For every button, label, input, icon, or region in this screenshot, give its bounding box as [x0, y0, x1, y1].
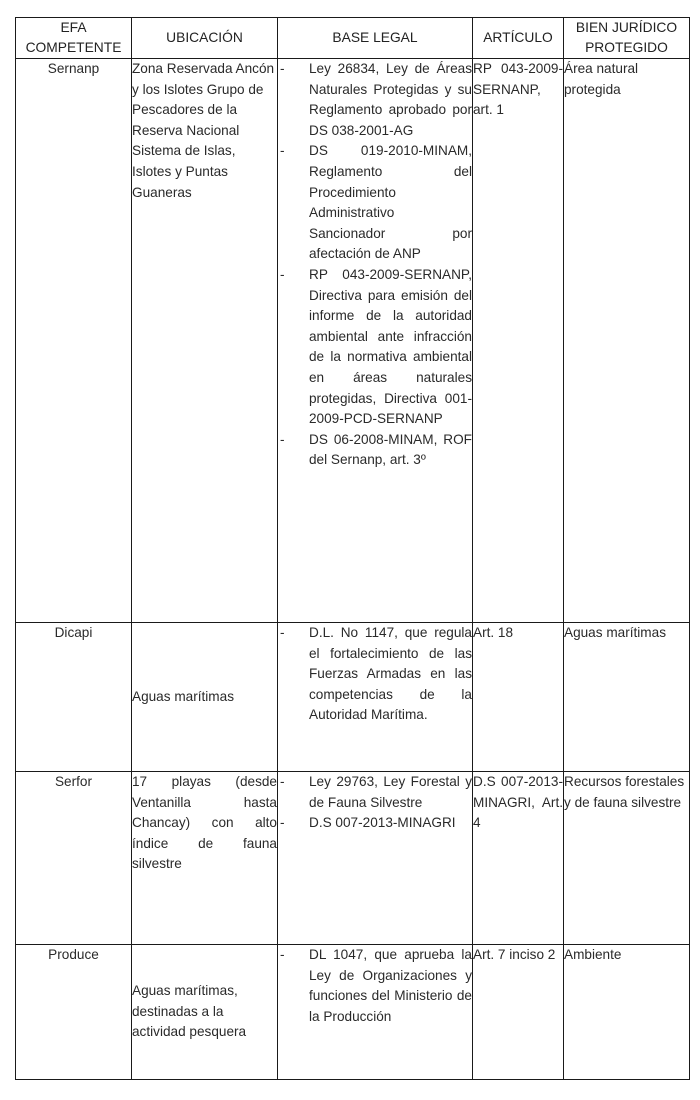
base-legal-item: -DS 019-2010-MINAM, Reglamento del Proce… [278, 141, 472, 265]
dash-bullet-icon: - [280, 430, 285, 451]
base-legal-list: -Ley 26834, Ley de Áreas Naturales Prote… [278, 59, 472, 471]
dash-bullet-icon: - [280, 265, 285, 286]
ubicacion-text: 17 playas (desde Ventanilla hasta Chanca… [132, 772, 277, 875]
ubicacion-cell: Aguas marítimas [132, 623, 278, 772]
base-legal-item: -Ley 26834, Ley de Áreas Naturales Prote… [278, 59, 472, 141]
bien-juridico-cell: Recursos forestales y de fauna silvestre [564, 772, 690, 945]
base-legal-list: -D.L. No 1147, que regula el fortalecimi… [278, 623, 472, 726]
base-legal-cell: -Ley 29763, Ley Forestal y de Fauna Silv… [278, 772, 473, 945]
header-efa-competente: EFACOMPETENTE [16, 18, 132, 59]
articulo-cell: D.S 007-2013-MINAGRI, Art. 4 [473, 772, 564, 945]
ubicacion-cell: 17 playas (desde Ventanilla hasta Chanca… [132, 772, 278, 945]
ubicacion-text: Zona Reservada Ancón y los Islotes Grupo… [132, 59, 277, 203]
dash-bullet-icon: - [280, 141, 285, 162]
articulo-text: D.S 007-2013-MINAGRI, Art. 4 [473, 772, 563, 834]
articulo-cell: Art. 7 inciso 2 [473, 945, 564, 1080]
dash-bullet-icon: - [280, 772, 285, 793]
base-legal-item: -D.S 007-2013-MINAGRI [278, 813, 472, 834]
efa-cell: Dicapi [16, 623, 132, 772]
base-legal-cell: -D.L. No 1147, que regula el fortalecimi… [278, 623, 473, 772]
base-legal-cell: -Ley 26834, Ley de Áreas Naturales Prote… [278, 59, 473, 623]
ubicacion-text: Aguas marítimas [132, 687, 277, 708]
base-legal-item: -DL 1047, que aprueba la Ley de Organiza… [278, 945, 472, 1027]
efa-cell: Sernanp [16, 59, 132, 623]
ubicacion-text: Aguas marítimas, destinadas a la activid… [132, 981, 277, 1043]
base-legal-item: -Ley 29763, Ley Forestal y de Fauna Silv… [278, 772, 472, 813]
base-legal-list: -Ley 29763, Ley Forestal y de Fauna Silv… [278, 772, 472, 834]
base-legal-cell: -DL 1047, que aprueba la Ley de Organiza… [278, 945, 473, 1080]
efa-cell: Serfor [16, 772, 132, 945]
base-legal-item: -D.L. No 1147, que regula el fortalecimi… [278, 623, 472, 726]
header-row: EFACOMPETENTE UBICACIÓN BASE LEGAL ARTÍC… [16, 18, 690, 59]
table-row: Serfor 17 playas (desde Ventanilla hasta… [16, 772, 690, 945]
articulo-cell: Art. 18 [473, 623, 564, 772]
base-legal-list: -DL 1047, que aprueba la Ley de Organiza… [278, 945, 472, 1027]
header-ubicacion: UBICACIÓN [132, 18, 278, 59]
competencias-table: EFACOMPETENTE UBICACIÓN BASE LEGAL ARTÍC… [15, 17, 690, 1080]
dash-bullet-icon: - [280, 59, 285, 80]
table-row: Dicapi Aguas marítimas -D.L. No 1147, qu… [16, 623, 690, 772]
bien-juridico-cell: Área natural protegida [564, 59, 690, 623]
articulo-cell: RP 043-2009-SERNANP, art. 1 [473, 59, 564, 623]
efa-cell: Produce [16, 945, 132, 1080]
table-row: Produce Aguas marítimas, destinadas a la… [16, 945, 690, 1080]
header-base-legal: BASE LEGAL [278, 18, 473, 59]
header-articulo: ARTÍCULO [473, 18, 564, 59]
header-bien-juridico: BIEN JURÍDICOPROTEGIDO [564, 18, 690, 59]
base-legal-item: -DS 06-2008-MINAM, ROF del Sernanp, art.… [278, 430, 472, 471]
bien-juridico-cell: Aguas marítimas [564, 623, 690, 772]
table-row: Sernanp Zona Reservada Ancón y los Islot… [16, 59, 690, 623]
dash-bullet-icon: - [280, 813, 285, 834]
dash-bullet-icon: - [280, 945, 285, 966]
bien-juridico-cell: Ambiente [564, 945, 690, 1080]
articulo-text: Art. 18 [473, 623, 563, 644]
ubicacion-cell: Zona Reservada Ancón y los Islotes Grupo… [132, 59, 278, 623]
dash-bullet-icon: - [280, 623, 285, 644]
ubicacion-cell: Aguas marítimas, destinadas a la activid… [132, 945, 278, 1080]
articulo-text: Art. 7 inciso 2 [473, 945, 563, 966]
articulo-text: RP 043-2009-SERNANP, art. 1 [473, 59, 563, 121]
base-legal-item: -RP 043-2009-SERNANP, Directiva para emi… [278, 265, 472, 430]
